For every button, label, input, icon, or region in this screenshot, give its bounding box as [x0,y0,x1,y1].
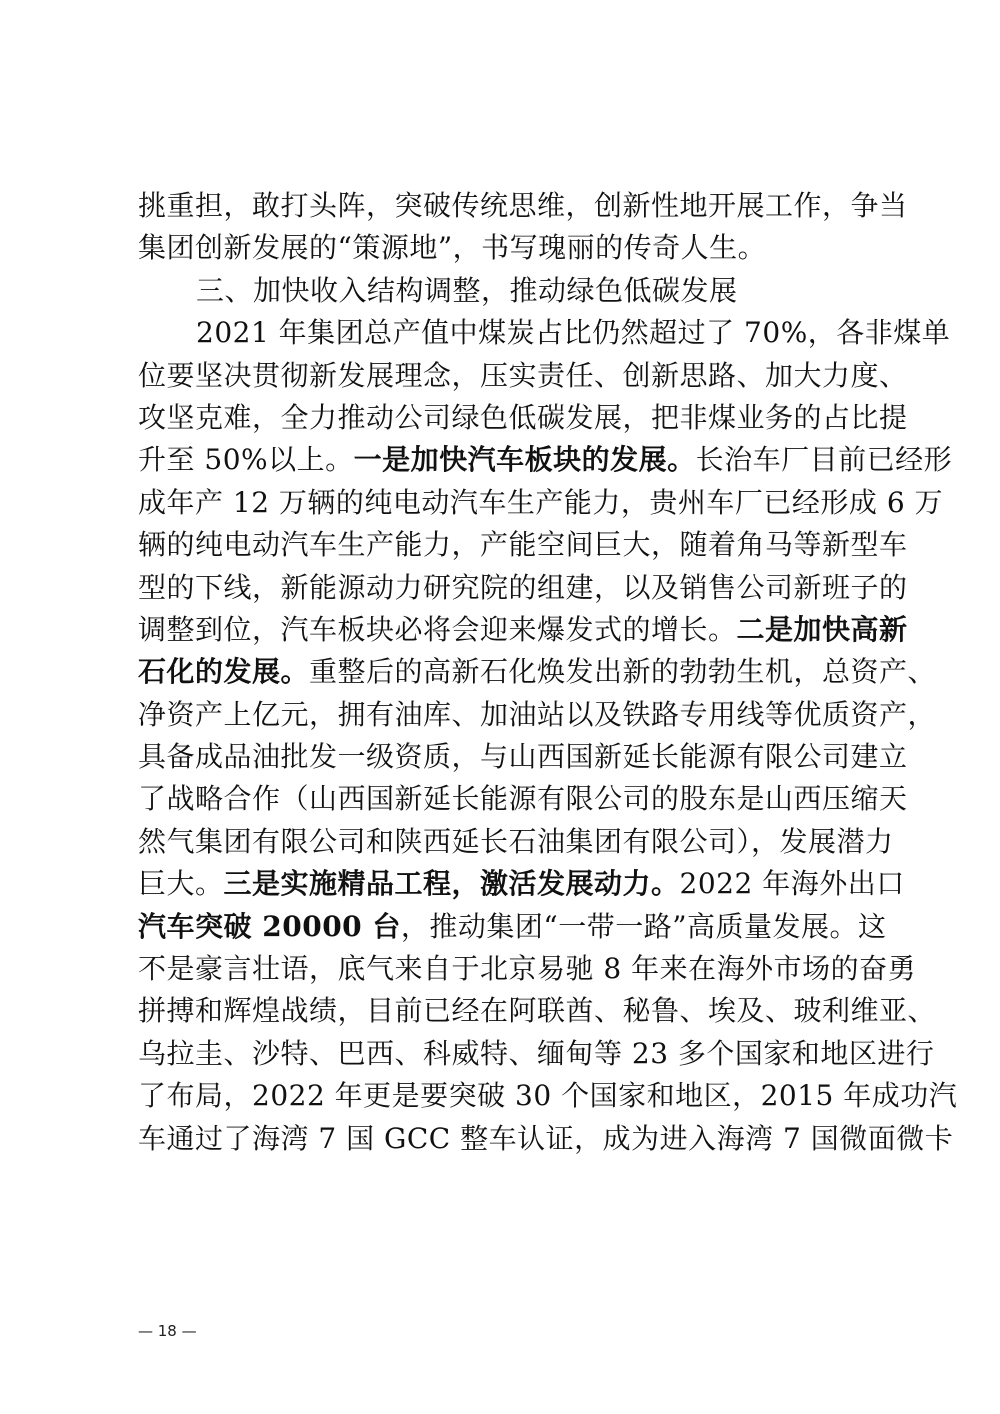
text-span: 升至 50%以上。 [138,443,354,476]
text-span: 调整到位，汽车板块必将会迎来爆发式的增长。 [138,613,737,646]
bold-text: 一是加快汽车板块的发展。 [354,443,696,476]
text-span: 2022 年海外出口 [680,867,905,900]
text-line: 不是豪言壮语，底气来自于北京易驰 8 年来在海外市场的奋勇 [138,948,870,990]
text-span: ，推动集团“一带一路”高质量发展。这 [401,910,887,943]
text-span: 不是豪言壮语，底气来自于北京易驰 8 年来在海外市场的奋勇 [138,952,916,985]
text-span: 了战略合作（山西国新延长能源有限公司的股东是山西压缩天 [138,782,908,815]
text-line: 石化的发展。重整后的高新石化焕发出新的勃勃生机，总资产、 [138,651,870,693]
text-span: 攻坚克难，全力推动公司绿色低碳发展，把非煤业务的占比提 [138,401,908,434]
text-line: 巨大。三是实施精品工程，激活发展动力。2022 年海外出口 [138,863,870,905]
text-span: 巨大。 [138,867,224,900]
text-line: 了布局，2022 年更是要突破 30 个国家和地区，2015 年成功汽 [138,1075,870,1117]
text-span: 集团创新发展的“策源地”，书写瑰丽的传奇人生。 [138,231,766,264]
text-line: 汽车突破 20000 台，推动集团“一带一路”高质量发展。这 [138,906,870,948]
bold-text: 三是实施精品工程，激活发展动力。 [224,867,680,900]
text-line: 辆的纯电动汽车生产能力，产能空间巨大，随着角马等新型车 [138,524,870,566]
text-span: 车通过了海湾 7 国 GCC 整车认证，成为进入海湾 7 国微面微卡 [138,1122,953,1155]
text-line: 位要坚决贯彻新发展理念，压实责任、创新思路、加大力度、 [138,355,870,397]
text-span: 三、加快收入结构调整，推动绿色低碳发展 [196,274,738,307]
text-span: 拼搏和辉煌战绩，目前已经在阿联酋、秘鲁、埃及、玻利维亚、 [138,994,936,1027]
text-line: 攻坚克难，全力推动公司绿色低碳发展，把非煤业务的占比提 [138,397,870,439]
text-span: 了布局，2022 年更是要突破 30 个国家和地区，2015 年成功汽 [138,1079,957,1112]
text-span: 然气集团有限公司和陕西延长石油集团有限公司），发展潜力 [138,825,894,858]
text-line: 型的下线，新能源动力研究院的组建，以及销售公司新班子的 [138,567,870,609]
page-number: — 18 — [138,1322,197,1340]
section-heading: 三、加快收入结构调整，推动绿色低碳发展 [138,270,870,312]
text-line: 车通过了海湾 7 国 GCC 整车认证，成为进入海湾 7 国微面微卡 [138,1118,870,1160]
text-line: 2021 年集团总产值中煤炭占比仍然超过了 70%，各非煤单 [138,312,870,354]
text-span: 型的下线，新能源动力研究院的组建，以及销售公司新班子的 [138,571,908,604]
text-line: 乌拉圭、沙特、巴西、科威特、缅甸等 23 多个国家和地区进行 [138,1033,870,1075]
text-line: 然气集团有限公司和陕西延长石油集团有限公司），发展潜力 [138,821,870,863]
bold-text: 汽车突破 20000 台 [138,910,401,943]
text-span: 重整后的高新石化焕发出新的勃勃生机，总资产、 [309,655,936,688]
text-line: 具备成品油批发一级资质，与山西国新延长能源有限公司建立 [138,736,870,778]
text-line: 集团创新发展的“策源地”，书写瑰丽的传奇人生。 [138,227,870,269]
text-line: 调整到位，汽车板块必将会迎来爆发式的增长。二是加快高新 [138,609,870,651]
text-line: 净资产上亿元，拥有油库、加油站以及铁路专用线等优质资产， [138,694,870,736]
text-span: 成年产 12 万辆的纯电动汽车生产能力，贵州车厂已经形成 6 万 [138,486,943,519]
body-text: 挑重担，敢打头阵，突破传统思维，创新性地开展工作，争当集团创新发展的“策源地”，… [138,185,870,1160]
bold-text: 二是加快高新 [737,613,908,646]
text-span: 具备成品油批发一级资质，与山西国新延长能源有限公司建立 [138,740,908,773]
text-span: 辆的纯电动汽车生产能力，产能空间巨大，随着角马等新型车 [138,528,908,561]
text-span: 乌拉圭、沙特、巴西、科威特、缅甸等 23 多个国家和地区进行 [138,1037,934,1070]
text-line: 升至 50%以上。一是加快汽车板块的发展。长治车厂目前已经形 [138,439,870,481]
text-line: 挑重担，敢打头阵，突破传统思维，创新性地开展工作，争当 [138,185,870,227]
text-span: 挑重担，敢打头阵，突破传统思维，创新性地开展工作，争当 [138,189,908,222]
text-span: 位要坚决贯彻新发展理念，压实责任、创新思路、加大力度、 [138,359,908,392]
text-span: 2021 年集团总产值中煤炭占比仍然超过了 70%，各非煤单 [196,316,950,349]
text-span: 净资产上亿元，拥有油库、加油站以及铁路专用线等优质资产， [138,698,936,731]
text-line: 成年产 12 万辆的纯电动汽车生产能力，贵州车厂已经形成 6 万 [138,482,870,524]
bold-text: 石化的发展。 [138,655,309,688]
text-line: 了战略合作（山西国新延长能源有限公司的股东是山西压缩天 [138,778,870,820]
text-line: 拼搏和辉煌战绩，目前已经在阿联酋、秘鲁、埃及、玻利维亚、 [138,990,870,1032]
document-page: 挑重担，敢打头阵，突破传统思维，创新性地开展工作，争当集团创新发展的“策源地”，… [0,0,1000,1414]
text-span: 长治车厂目前已经形 [696,443,953,476]
